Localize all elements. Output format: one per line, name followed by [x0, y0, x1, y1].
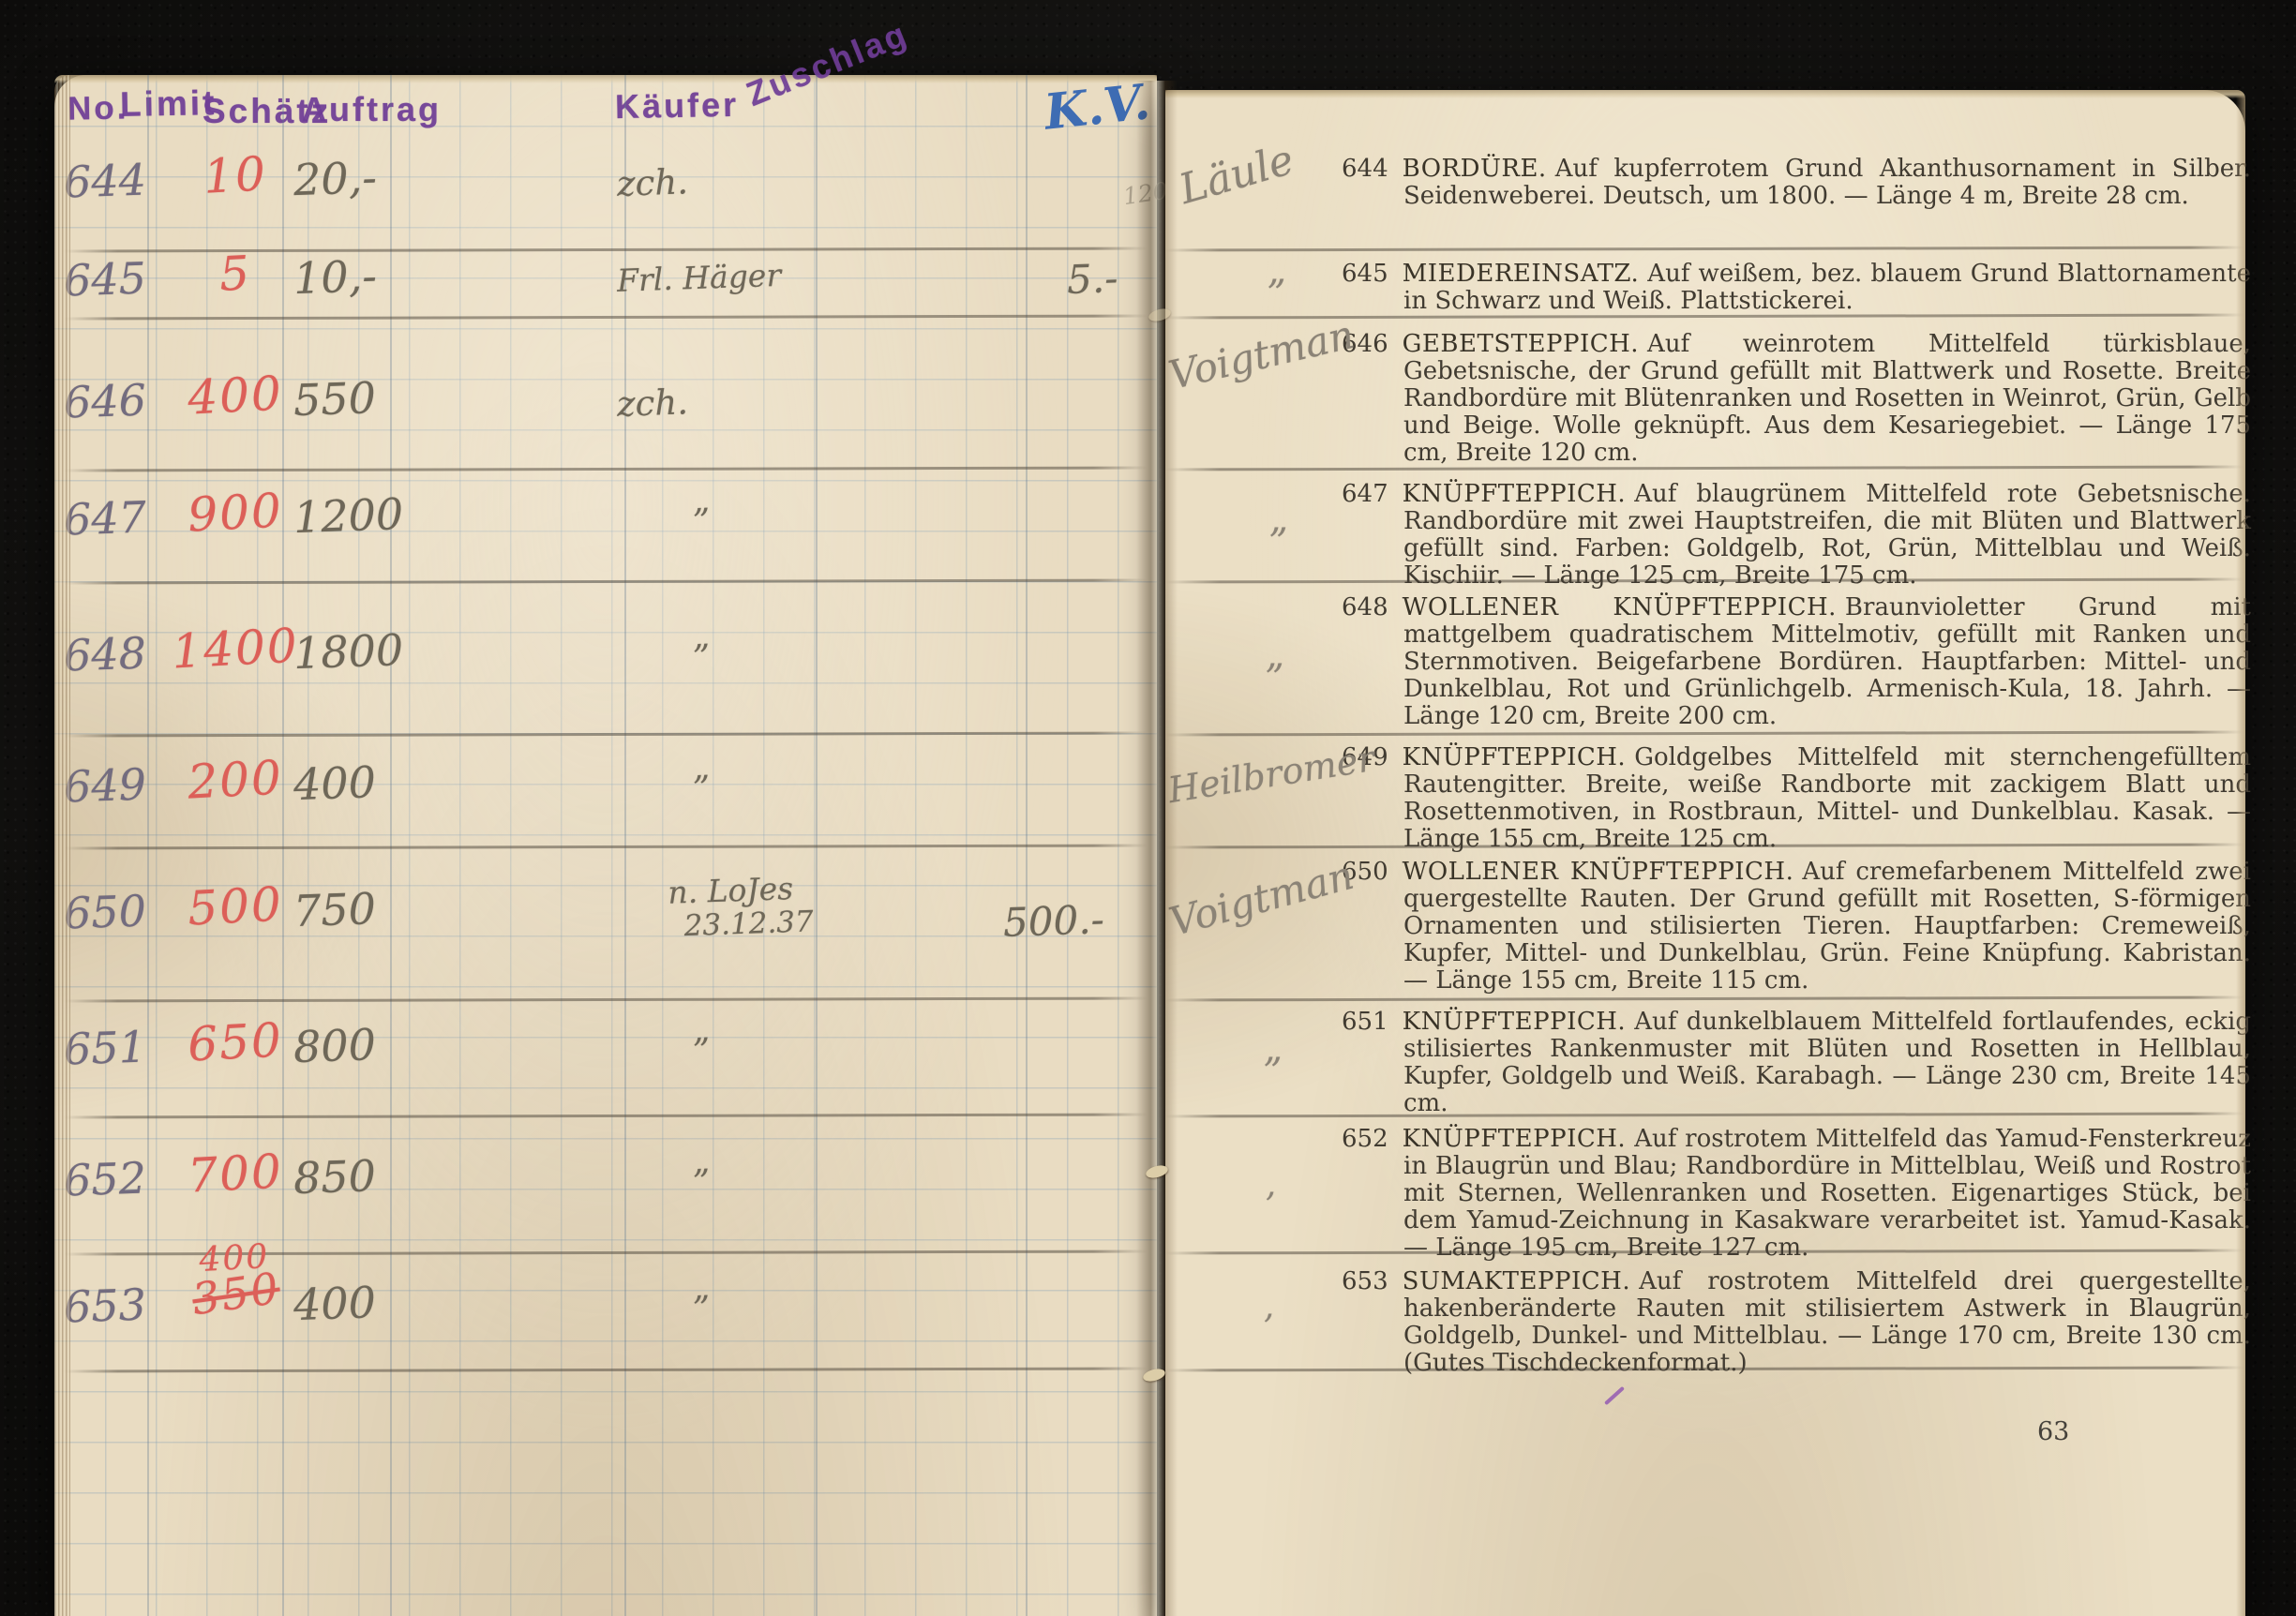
pencil-rule	[64, 466, 1148, 471]
buyer-name: n. LoJes23.12.37	[668, 871, 814, 943]
catalog-entry: 653SUMAKTEPPICH.Auf rostrotem Mittelfeld…	[1342, 1268, 2251, 1377]
lot-number: 650	[63, 885, 147, 938]
entry-number: 653	[1342, 1267, 1388, 1295]
limit-value: 650	[164, 1011, 308, 1073]
estimate-value: 400	[293, 754, 463, 810]
buyer-ditto-mark: ”	[658, 636, 743, 678]
catalog-entry: 647KNÜPFTEPPICH.Auf blaugrünem Mittelfel…	[1342, 481, 2251, 590]
column-header-kaeufer: Käufer	[615, 85, 740, 127]
buyer-name-text: n. LoJes	[668, 870, 794, 911]
catalog-entry: 645MIEDEREINSATZ.Auf weißem, bez. blauem…	[1342, 261, 2251, 315]
entry-title: BORDÜRE.	[1403, 155, 1547, 183]
entry-title: GEBETSTEPPICH.	[1403, 330, 1639, 358]
buyer-ditto-mark: ”	[658, 768, 743, 809]
entry-number: 648	[1342, 593, 1388, 621]
estimate-value: 850	[293, 1147, 463, 1204]
estimate-value: 20,-	[293, 149, 463, 205]
entry-title: WOLLENER KNÜPFTEPPICH.	[1403, 593, 1837, 621]
estimate-value: 550	[293, 369, 463, 426]
margin-annotation: Läule	[1174, 136, 1298, 214]
lot-number: 649	[63, 758, 147, 812]
purple-check-mark	[1604, 1386, 1625, 1405]
lot-number: 648	[63, 627, 147, 681]
ledger-row: 650500750n. LoJes23.12.37500.-	[54, 874, 1157, 967]
catalog-entry: 648WOLLENER KNÜPFTEPPICH.Braunvioletter …	[1342, 594, 2251, 730]
entry-number: 652	[1342, 1125, 1388, 1153]
pencil-rule	[64, 844, 1148, 849]
lot-number: 653	[63, 1279, 147, 1332]
pencil-rule	[64, 578, 1148, 584]
lot-number: 652	[63, 1152, 147, 1205]
estimate-value: 10,-	[293, 247, 463, 304]
lot-number: 644	[63, 154, 147, 207]
pencil-rule	[64, 996, 1148, 1002]
ledger-row: 649200400”	[54, 747, 1157, 841]
ledger-row: 646400550zch.	[54, 363, 1157, 456]
hammer-price: 500.-	[1002, 896, 1104, 946]
catalog-entry: 651KNÜPFTEPPICH.Auf dunkelblauem Mittelf…	[1342, 1009, 2251, 1117]
column-header-auftrag: Auftrag	[302, 90, 442, 129]
auction-ledger-scan: { "page_left": { "headers": { "no": "No.…	[0, 0, 2296, 1616]
entry-title: KNÜPFTEPPICH.	[1403, 1125, 1627, 1153]
pencil-rule	[64, 731, 1148, 737]
buyer-name: zch.	[616, 155, 879, 204]
margin-annotation: ”	[1263, 1051, 1282, 1094]
entry-title: KNÜPFTEPPICH.	[1403, 480, 1627, 508]
buyer-date: 23.12.37	[683, 905, 814, 943]
pencil-rule	[1165, 730, 2243, 736]
catalog-entry: 649KNÜPFTEPPICH.Goldgelbes Mittelfeld mi…	[1342, 744, 2251, 853]
margin-annotation: ”	[1268, 521, 1287, 564]
estimate-value: 1200	[293, 486, 463, 543]
entry-number: 645	[1342, 260, 1388, 288]
ledger-row: 6441020,-zch.	[54, 142, 1157, 236]
limit-value: 900	[164, 482, 308, 544]
estimate-value: 750	[293, 880, 463, 936]
buyer-ditto-mark: ”	[658, 1161, 743, 1203]
limit-value: 500	[164, 875, 308, 937]
limit-value: 10	[164, 144, 308, 206]
limit-value: 700	[164, 1143, 308, 1205]
kv-note: 5.-	[1066, 255, 1118, 303]
ledger-row: 653400350400”	[54, 1267, 1157, 1361]
entry-title: SUMAKTEPPICH.	[1403, 1267, 1630, 1295]
ledger-row: 6479001200”	[54, 480, 1157, 574]
entry-title: MIEDEREINSATZ.	[1403, 260, 1640, 288]
pencil-rule	[64, 1113, 1148, 1118]
margin-annotation: ’	[1263, 1309, 1273, 1347]
estimate-value: 1800	[293, 622, 463, 679]
estimate-value: 800	[293, 1016, 463, 1072]
margin-annotation: ”	[1267, 273, 1285, 316]
entry-title: WOLLENER KNÜPFTEPPICH.	[1403, 858, 1794, 886]
margin-annotation: Voigtman	[1164, 311, 1358, 398]
buyer-name: zch.	[616, 375, 879, 425]
limit-value: 1400	[164, 618, 308, 680]
entry-number: 647	[1342, 480, 1388, 508]
entry-number: 644	[1342, 155, 1388, 183]
limit-value: 5	[164, 243, 308, 305]
limit-value: 400	[164, 365, 308, 426]
margin-annotation: ’	[1265, 1187, 1275, 1225]
ledger-row: 651650800”	[54, 1010, 1157, 1103]
limit-value: 200	[164, 749, 308, 811]
pencil-rule	[1165, 995, 2243, 1001]
margin-annotation: Voigtman	[1164, 852, 1358, 945]
page-number: 63	[2037, 1417, 2069, 1446]
entry-title: KNÜPFTEPPICH.	[1403, 743, 1627, 771]
buyer-ditto-mark: ”	[658, 1030, 743, 1071]
margin-annotation: ”	[1265, 657, 1283, 700]
ledger-row: 64814001800”	[54, 616, 1157, 710]
buyer-ditto-mark: ”	[658, 1288, 743, 1329]
catalog-entry: 650WOLLENER KNÜPFTEPPICH.Auf cremefarben…	[1342, 859, 2251, 995]
buyer-ditto-mark: ”	[658, 501, 743, 542]
lot-number: 646	[63, 374, 147, 427]
lot-number: 645	[63, 252, 147, 306]
catalog-entry: 652KNÜPFTEPPICH.Auf rostrotem Mittelfeld…	[1342, 1126, 2251, 1262]
entry-title: KNÜPFTEPPICH.	[1403, 1008, 1627, 1036]
pencil-rule	[1165, 246, 2243, 251]
limit-value: 400350	[163, 1241, 308, 1318]
buyer-name: Frl. Häger	[616, 253, 879, 299]
estimate-value: 400	[293, 1274, 463, 1330]
ledger-row: 645510,-Frl. Häger5.-	[54, 241, 1157, 335]
lot-number: 651	[63, 1021, 147, 1074]
catalog-entry: 644BORDÜRE.Auf kupferrotem Grund Akanthu…	[1342, 156, 2251, 210]
entry-number: 651	[1342, 1008, 1388, 1036]
pencil-rule	[64, 1367, 1148, 1372]
ledger-row: 652700850”	[54, 1141, 1157, 1234]
lot-number: 647	[63, 491, 147, 545]
catalog-entry: 646GEBETSTEPPICH.Auf weinrotem Mittelfel…	[1342, 331, 2251, 467]
ledger-page: No. Limit Schätz Auftrag Käufer Zuschlag…	[54, 75, 1157, 1616]
catalog-page: 63 644BORDÜRE.Auf kupferrotem Grund Akan…	[1165, 90, 2245, 1616]
